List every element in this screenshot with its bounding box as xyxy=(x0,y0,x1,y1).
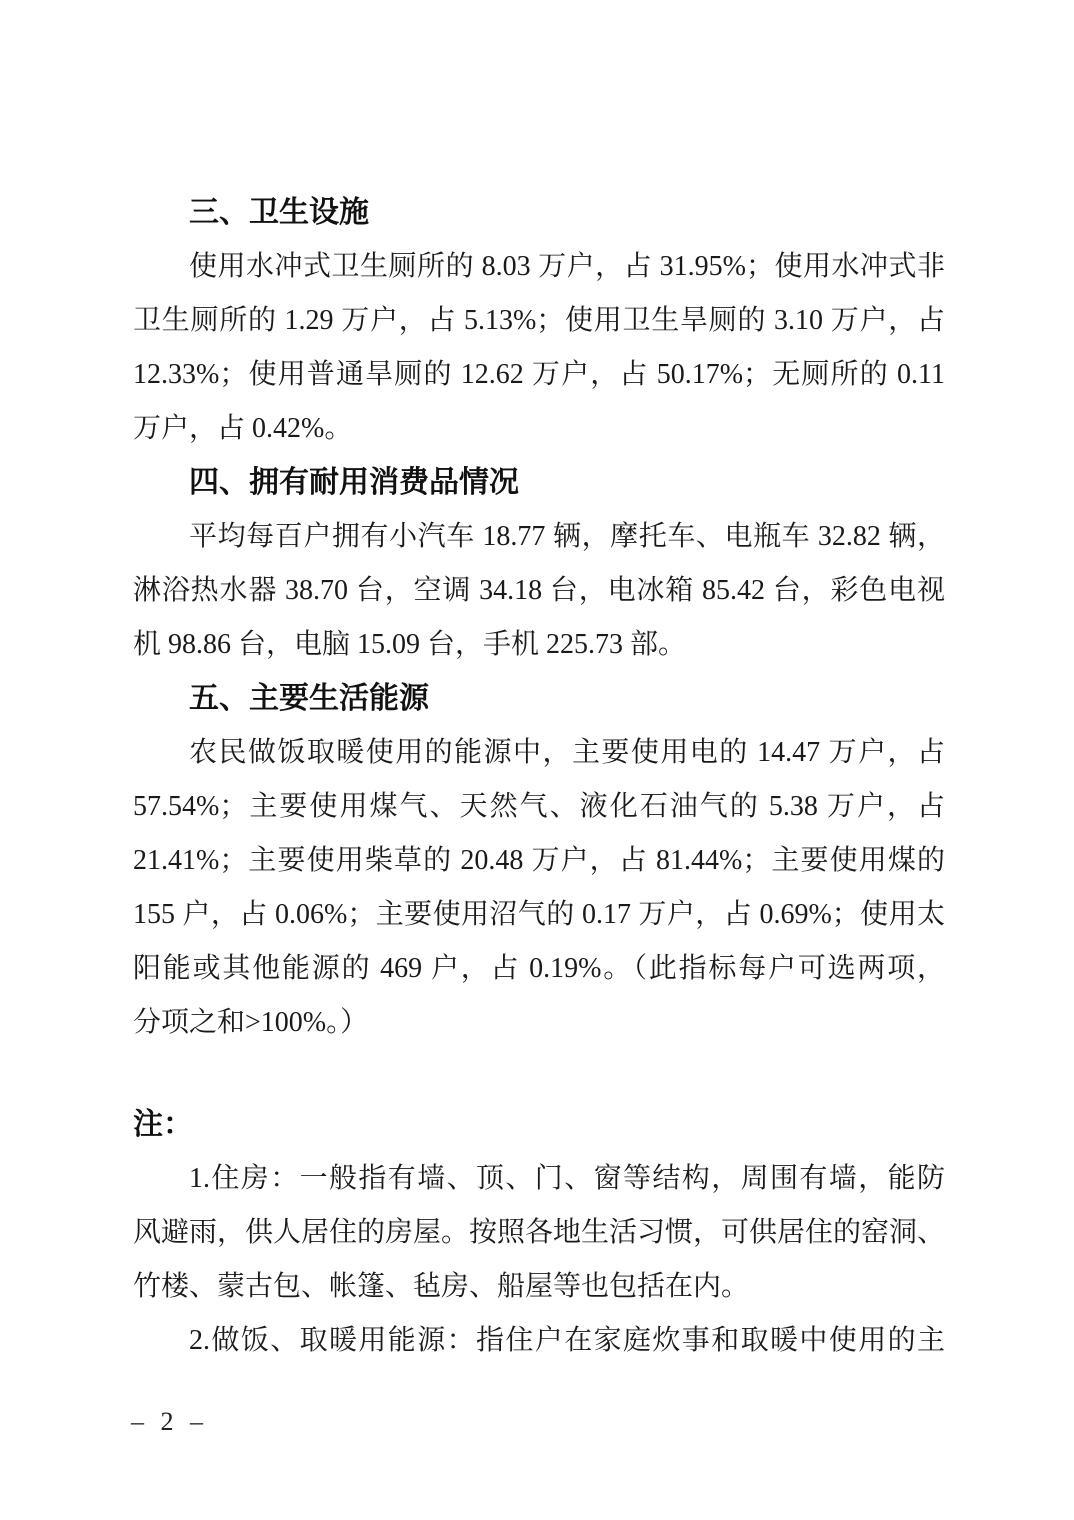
text-line: 淋浴热水器 38.70 台，空调 34.18 台，电冰箱 85.42 台，彩色电… xyxy=(133,564,945,618)
document-page: 三、卫生设施 使用水冲式卫生厕所的 8.03 万户，占 31.95%；使用水冲式… xyxy=(0,0,1074,1520)
text-line: 阳能或其他能源的 469 户，占 0.19%。（此指标每户可选两项， xyxy=(133,942,945,996)
text-line: 分项之和>100%。） xyxy=(133,996,945,1050)
section-heading-durable-goods: 四、拥有耐用消费品情况 xyxy=(133,456,945,510)
text-line: 12.33%；使用普通旱厕的 12.62 万户，占 50.17%；无厕所的 0.… xyxy=(133,348,945,402)
text-line: 1.住房：一般指有墙、顶、门、窗等结构，周围有墙，能防 xyxy=(133,1152,945,1206)
section-heading-sanitation: 三、卫生设施 xyxy=(133,186,945,240)
document-content: 三、卫生设施 使用水冲式卫生厕所的 8.03 万户，占 31.95%；使用水冲式… xyxy=(133,186,945,1368)
text-line: 155 户，占 0.06%；主要使用沼气的 0.17 万户，占 0.69%；使用… xyxy=(133,888,945,942)
text-line: 风避雨，供人居住的房屋。按照各地生活习惯，可供居住的窑洞、 xyxy=(133,1206,945,1260)
text-line: 2.做饭、取暖用能源：指住户在家庭炊事和取暖中使用的主 xyxy=(133,1314,945,1368)
page-number: – 2 – xyxy=(131,1402,208,1442)
text-line: 农民做饭取暖使用的能源中，主要使用电的 14.47 万户，占 xyxy=(133,726,945,780)
notes-label: 注： xyxy=(133,1098,945,1152)
text-line: 机 98.86 台，电脑 15.09 台，手机 225.73 部。 xyxy=(133,618,945,672)
text-line: 竹楼、蒙古包、帐篷、毡房、船屋等也包括在内。 xyxy=(133,1260,945,1314)
text-line: 万户，占 0.42%。 xyxy=(133,402,945,456)
text-line: 21.41%；主要使用柴草的 20.48 万户，占 81.44%；主要使用煤的 xyxy=(133,834,945,888)
text-line: 平均每百户拥有小汽车 18.77 辆，摩托车、电瓶车 32.82 辆， xyxy=(133,510,945,564)
text-line: 使用水冲式卫生厕所的 8.03 万户，占 31.95%；使用水冲式非 xyxy=(133,240,945,294)
text-line: 57.54%；主要使用煤气、天然气、液化石油气的 5.38 万户，占 xyxy=(133,780,945,834)
text-line: 卫生厕所的 1.29 万户，占 5.13%；使用卫生旱厕的 3.10 万户，占 xyxy=(133,294,945,348)
section-heading-energy: 五、主要生活能源 xyxy=(133,672,945,726)
